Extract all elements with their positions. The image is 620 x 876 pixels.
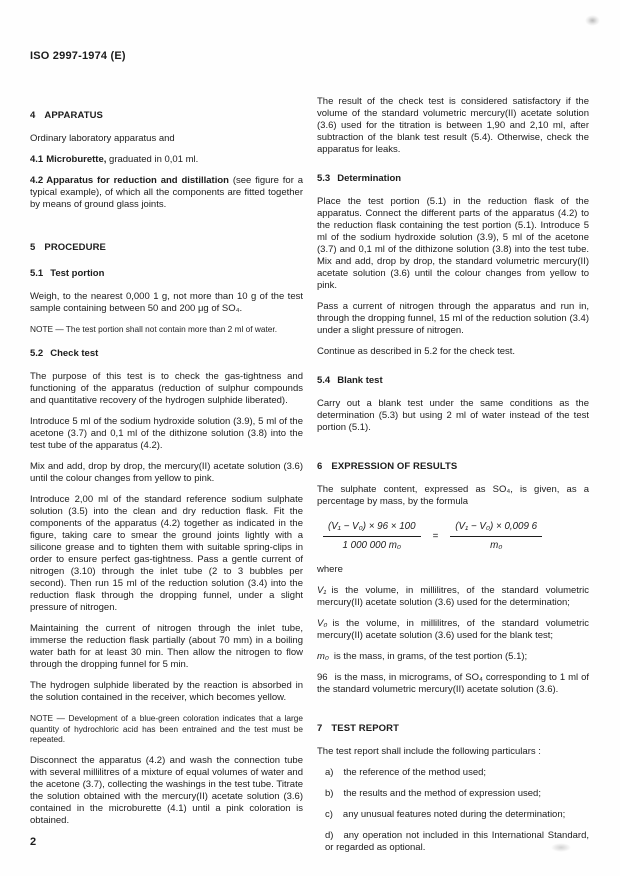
check-test-sulphide-paragraph: The hydrogen sulphide liberated by the r… bbox=[30, 680, 303, 704]
list-marker: a) bbox=[325, 767, 333, 778]
subsection-heading-check-test: 5.2Check test bbox=[30, 348, 303, 360]
page-number: 2 bbox=[30, 836, 36, 848]
test-report-intro-paragraph: The test report shall include the follow… bbox=[317, 746, 589, 758]
clause-text: graduated in 0,01 ml. bbox=[109, 154, 198, 165]
clause-term: Apparatus for reduction and distillation bbox=[46, 175, 229, 186]
list-marker: b) bbox=[325, 788, 333, 799]
subsection-title: Test portion bbox=[50, 268, 104, 279]
list-item-text: the results and the method of expression… bbox=[343, 788, 541, 799]
definition-m0: m₀is the mass, in grams, of the test por… bbox=[317, 651, 589, 663]
section-number: 7 bbox=[317, 723, 322, 735]
test-report-list: a)the reference of the method used; b)th… bbox=[317, 767, 589, 854]
definition-v0: V₀is the volume, in millilitres, of the … bbox=[317, 618, 589, 642]
where-label: where bbox=[317, 564, 589, 576]
variable-definition-text: is the volume, in millilitres, of the st… bbox=[317, 618, 589, 641]
determination-nitrogen-paragraph: Pass a current of nitrogen through the a… bbox=[317, 301, 589, 337]
subsection-number: 5.3 bbox=[317, 173, 330, 185]
formula-equals-sign: = bbox=[433, 531, 439, 543]
determination-continue-paragraph: Continue as described in 5.2 for the che… bbox=[317, 346, 589, 358]
definition-v1: V₁is the volume, in millilitres, of the … bbox=[317, 585, 589, 609]
subsection-number: 5.2 bbox=[30, 348, 43, 360]
check-test-result-paragraph: The result of the check test is consider… bbox=[317, 96, 589, 156]
section-title: TEST REPORT bbox=[331, 723, 399, 734]
check-test-introduce-paragraph: Introduce 5 ml of the sodium hydroxide s… bbox=[30, 416, 303, 452]
left-column: 4APPARATUS Ordinary laboratory apparatus… bbox=[30, 96, 303, 836]
report-item-d: d)any operation not included in this Int… bbox=[325, 830, 589, 854]
subsection-heading-blank-test: 5.4Blank test bbox=[317, 375, 589, 387]
subsection-heading-test-portion: 5.1Test portion bbox=[30, 268, 303, 280]
section-heading-apparatus: 4APPARATUS bbox=[30, 110, 303, 122]
report-item-c: c)any unusual features noted during the … bbox=[325, 809, 589, 821]
section-title: PROCEDURE bbox=[44, 242, 106, 253]
blank-test-paragraph: Carry out a blank test under the same co… bbox=[317, 398, 589, 434]
definition-96: 96is the mass, in micrograms, of SO₄ cor… bbox=[317, 672, 589, 696]
variable-term: m₀ bbox=[317, 651, 329, 662]
subsection-number: 5.4 bbox=[317, 375, 330, 387]
document-reference-header: ISO 2997-1974 (E) bbox=[30, 50, 126, 62]
variable-definition-text: is the mass, in grams, of the test porti… bbox=[334, 651, 527, 662]
check-test-purpose-paragraph: The purpose of this test is to check the… bbox=[30, 371, 303, 407]
check-test-disconnect-paragraph: Disconnect the apparatus (4.2) and wash … bbox=[30, 755, 303, 827]
clause-4-1-microburette: 4.1Microburette, graduated in 0,01 ml. bbox=[30, 154, 303, 166]
sulphate-content-paragraph: The sulphate content, expressed as SO₄, … bbox=[317, 484, 589, 508]
subsection-title: Determination bbox=[337, 173, 401, 184]
clause-term: Microburette, bbox=[46, 154, 106, 165]
scan-artifact-top-right bbox=[585, 15, 600, 26]
section-number: 5 bbox=[30, 242, 35, 254]
note-test-portion: NOTE — The test portion shall not contai… bbox=[30, 324, 303, 334]
scan-artifact-bottom-right bbox=[551, 843, 571, 852]
section-heading-test-report: 7TEST REPORT bbox=[317, 723, 589, 735]
subsection-title: Check test bbox=[50, 348, 98, 359]
variable-term: V₀ bbox=[317, 618, 327, 629]
report-item-a: a)the reference of the method used; bbox=[325, 767, 589, 779]
list-marker: d) bbox=[325, 830, 333, 841]
variable-definition-text: is the volume, in millilitres, of the st… bbox=[317, 585, 589, 608]
formula-fraction-left: (V₁ − V₀) × 96 × 100 1 000 000 m₀ bbox=[323, 521, 421, 552]
sulphate-formula: (V₁ − V₀) × 96 × 100 1 000 000 m₀ = (V₁ … bbox=[323, 521, 589, 552]
clause-4-2-reduction-apparatus: 4.2Apparatus for reduction and distillat… bbox=[30, 175, 303, 211]
formula-fraction-right: (V₁ − V₀) × 0,009 6 m₀ bbox=[450, 521, 542, 552]
check-test-mix-paragraph: Mix and add, drop by drop, the mercury(I… bbox=[30, 461, 303, 485]
constant-term: 96 bbox=[317, 672, 328, 683]
right-column: The result of the check test is consider… bbox=[317, 96, 589, 863]
list-item-text: any operation not included in this Inter… bbox=[325, 830, 589, 853]
subsection-title: Blank test bbox=[337, 375, 382, 386]
section-heading-expression-of-results: 6EXPRESSION OF RESULTS bbox=[317, 461, 589, 473]
note-blue-green-coloration: NOTE — Development of a blue-green color… bbox=[30, 713, 303, 744]
list-item-text: the reference of the method used; bbox=[343, 767, 486, 778]
check-test-sulphate-paragraph: Introduce 2,00 ml of the standard refere… bbox=[30, 494, 303, 614]
formula-numerator-left: (V₁ − V₀) × 96 × 100 bbox=[323, 521, 421, 537]
section-number: 4 bbox=[30, 110, 35, 122]
formula-denominator-right: m₀ bbox=[450, 537, 542, 552]
variable-definitions: V₁is the volume, in millilitres, of the … bbox=[317, 585, 589, 696]
section-heading-procedure: 5PROCEDURE bbox=[30, 242, 303, 254]
section-title: EXPRESSION OF RESULTS bbox=[331, 461, 457, 472]
apparatus-intro-paragraph: Ordinary laboratory apparatus and bbox=[30, 133, 303, 145]
clause-number: 4.2 bbox=[30, 175, 43, 186]
subsection-heading-determination: 5.3Determination bbox=[317, 173, 589, 185]
variable-definition-text: is the mass, in micrograms, of SO₄ corre… bbox=[317, 672, 589, 695]
test-portion-paragraph: Weigh, to the nearest 0,000 1 g, not mor… bbox=[30, 291, 303, 315]
subsection-number: 5.1 bbox=[30, 268, 43, 280]
clause-number: 4.1 bbox=[30, 154, 43, 165]
formula-numerator-right: (V₁ − V₀) × 0,009 6 bbox=[450, 521, 542, 537]
variable-term: V₁ bbox=[317, 585, 326, 596]
section-title: APPARATUS bbox=[44, 110, 103, 121]
report-item-b: b)the results and the method of expressi… bbox=[325, 788, 589, 800]
section-number: 6 bbox=[317, 461, 322, 473]
list-item-text: any unusual features noted during the de… bbox=[343, 809, 565, 820]
check-test-nitrogen-paragraph: Maintaining the current of nitrogen thro… bbox=[30, 623, 303, 671]
formula-denominator-left: 1 000 000 m₀ bbox=[323, 537, 421, 552]
list-marker: c) bbox=[325, 809, 333, 820]
determination-place-paragraph: Place the test portion (5.1) in the redu… bbox=[317, 196, 589, 292]
